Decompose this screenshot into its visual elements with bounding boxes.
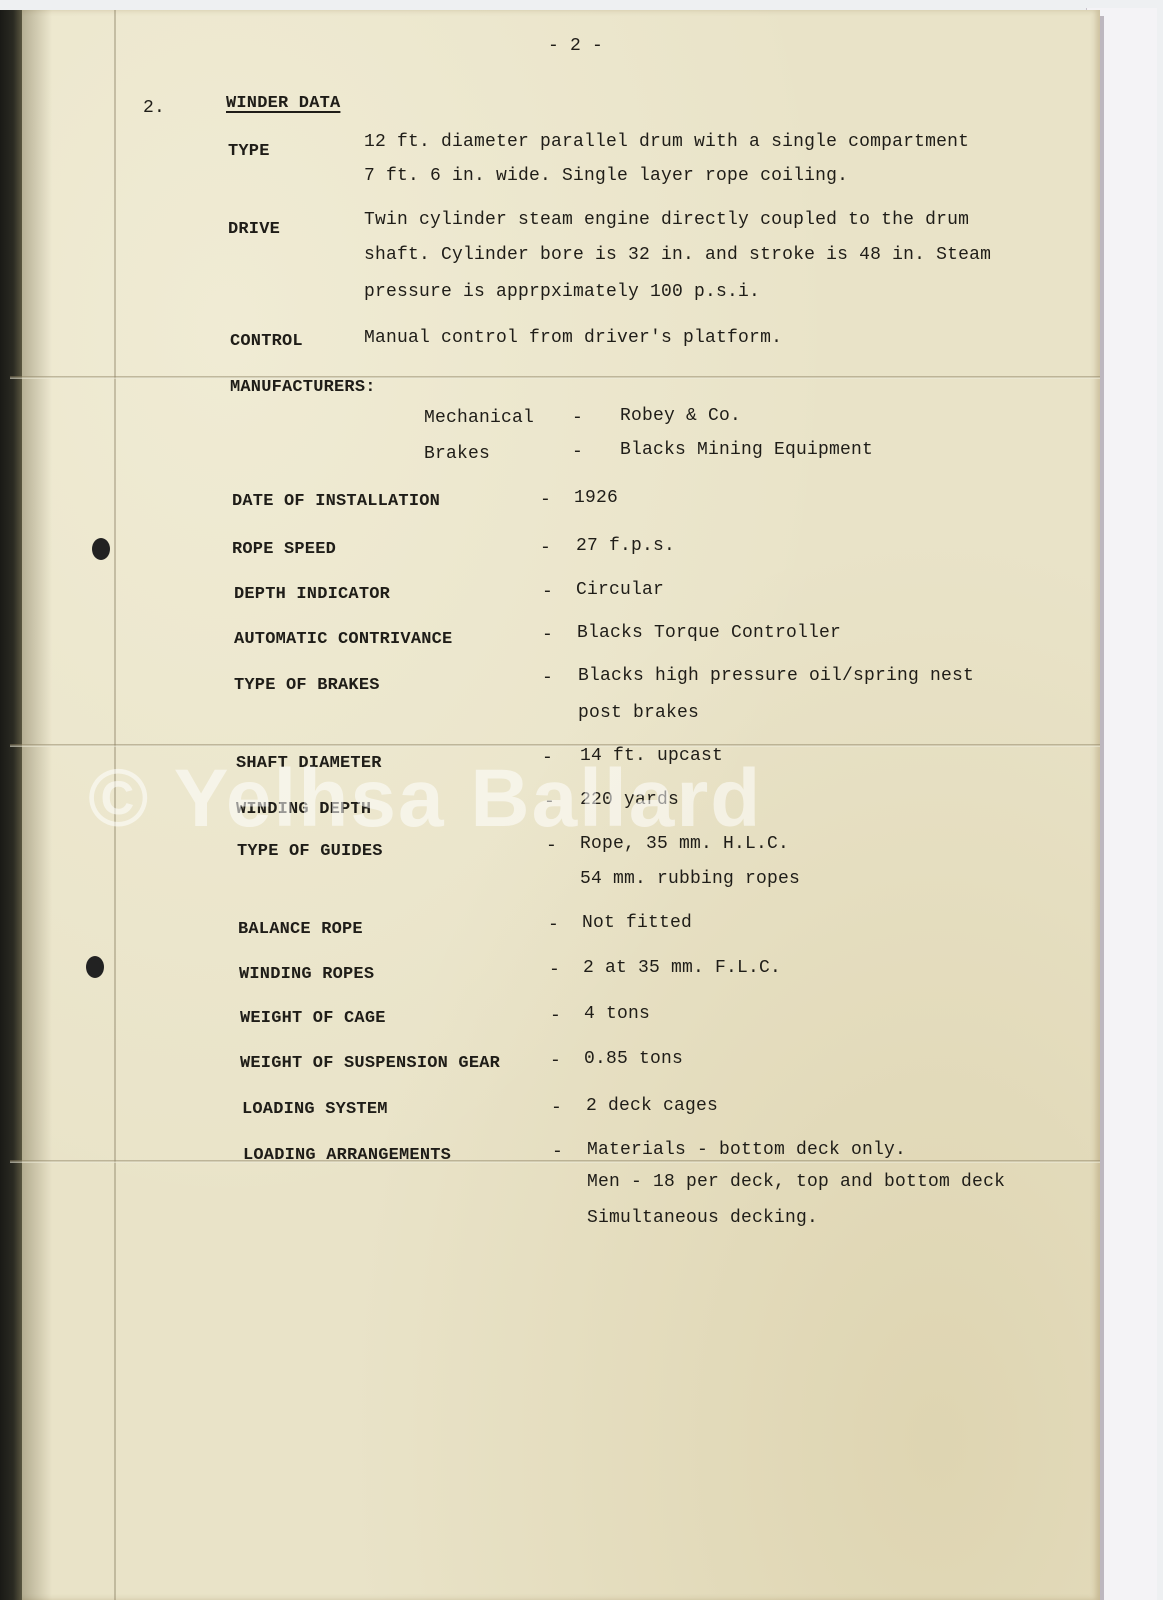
dash: - (542, 582, 553, 602)
control-label: CONTROL (230, 332, 303, 351)
field-value: Materials - bottom deck only. (587, 1140, 906, 1160)
punch-hole (92, 538, 110, 560)
dash: - (542, 668, 553, 688)
field-label: AUTOMATIC CONTRIVANCE (234, 630, 452, 649)
manufacturer-value: Robey & Co. (620, 406, 741, 426)
watermark: © Yelhsa Ballard (88, 752, 762, 846)
field-value: Circular (576, 580, 664, 600)
field-label: WEIGHT OF CAGE (240, 1009, 386, 1028)
field-label: LOADING ARRANGEMENTS (243, 1146, 451, 1165)
field-label: WINDING ROPES (239, 965, 374, 984)
dash: - (550, 1051, 561, 1071)
punch-hole (86, 956, 104, 978)
dash: - (572, 442, 583, 462)
dash: - (542, 625, 553, 645)
type-line: 12 ft. diameter parallel drum with a sin… (364, 132, 969, 152)
drive-label: DRIVE (228, 220, 280, 239)
field-value: post brakes (578, 703, 699, 723)
section-title: WINDER DATA (226, 94, 340, 113)
manufacturers-label: MANUFACTURERS: (230, 378, 376, 397)
field-value: 27 f.p.s. (576, 536, 675, 556)
manufacturer-name: Mechanical (424, 408, 534, 428)
drive-line: pressure is apprpximately 100 p.s.i. (364, 282, 760, 302)
field-label: DEPTH INDICATOR (234, 585, 390, 604)
dash: - (540, 490, 551, 510)
paper-fold (10, 744, 1100, 747)
dash: - (549, 960, 560, 980)
page-number: - 2 - (548, 36, 603, 56)
field-value: Blacks Torque Controller (577, 623, 841, 643)
field-value: Men - 18 per deck, top and bottom deck (587, 1172, 1005, 1192)
type-label: TYPE (228, 142, 270, 161)
field-value: Not fitted (582, 913, 692, 933)
dash: - (572, 408, 583, 428)
field-value: Simultaneous decking. (587, 1208, 818, 1228)
drive-line: shaft. Cylinder bore is 32 in. and strok… (364, 245, 991, 265)
field-label: WEIGHT OF SUSPENSION GEAR (240, 1054, 500, 1073)
dash: - (540, 538, 551, 558)
field-value: 2 deck cages (586, 1096, 718, 1116)
control-value: Manual control from driver's platform. (364, 328, 782, 348)
manufacturer-value: Blacks Mining Equipment (620, 440, 873, 460)
scan-dark-edge (0, 10, 22, 1600)
manufacturer-name: Brakes (424, 444, 490, 464)
type-line: 7 ft. 6 in. wide. Single layer rope coil… (364, 166, 848, 186)
paper-stain (22, 10, 52, 1600)
section-number: 2. (143, 98, 165, 118)
dash: - (548, 915, 559, 935)
dash: - (552, 1142, 563, 1162)
field-label: BALANCE ROPE (238, 920, 363, 939)
field-value: 2 at 35 mm. F.L.C. (583, 958, 781, 978)
field-label: ROPE SPEED (232, 540, 336, 559)
dash: - (551, 1098, 562, 1118)
paper-fold (10, 376, 1100, 379)
field-label: DATE OF INSTALLATION (232, 492, 440, 511)
field-value: 54 mm. rubbing ropes (580, 869, 800, 889)
field-label: TYPE OF BRAKES (234, 676, 380, 695)
paper-stack-edge (1100, 16, 1104, 1600)
field-label: LOADING SYSTEM (242, 1100, 388, 1119)
field-value: Blacks high pressure oil/spring nest (578, 666, 974, 686)
field-value: 1926 (574, 488, 618, 508)
field-value: 4 tons (584, 1004, 650, 1024)
field-value: 0.85 tons (584, 1049, 683, 1069)
dash: - (550, 1006, 561, 1026)
drive-line: Twin cylinder steam engine directly coup… (364, 210, 969, 230)
